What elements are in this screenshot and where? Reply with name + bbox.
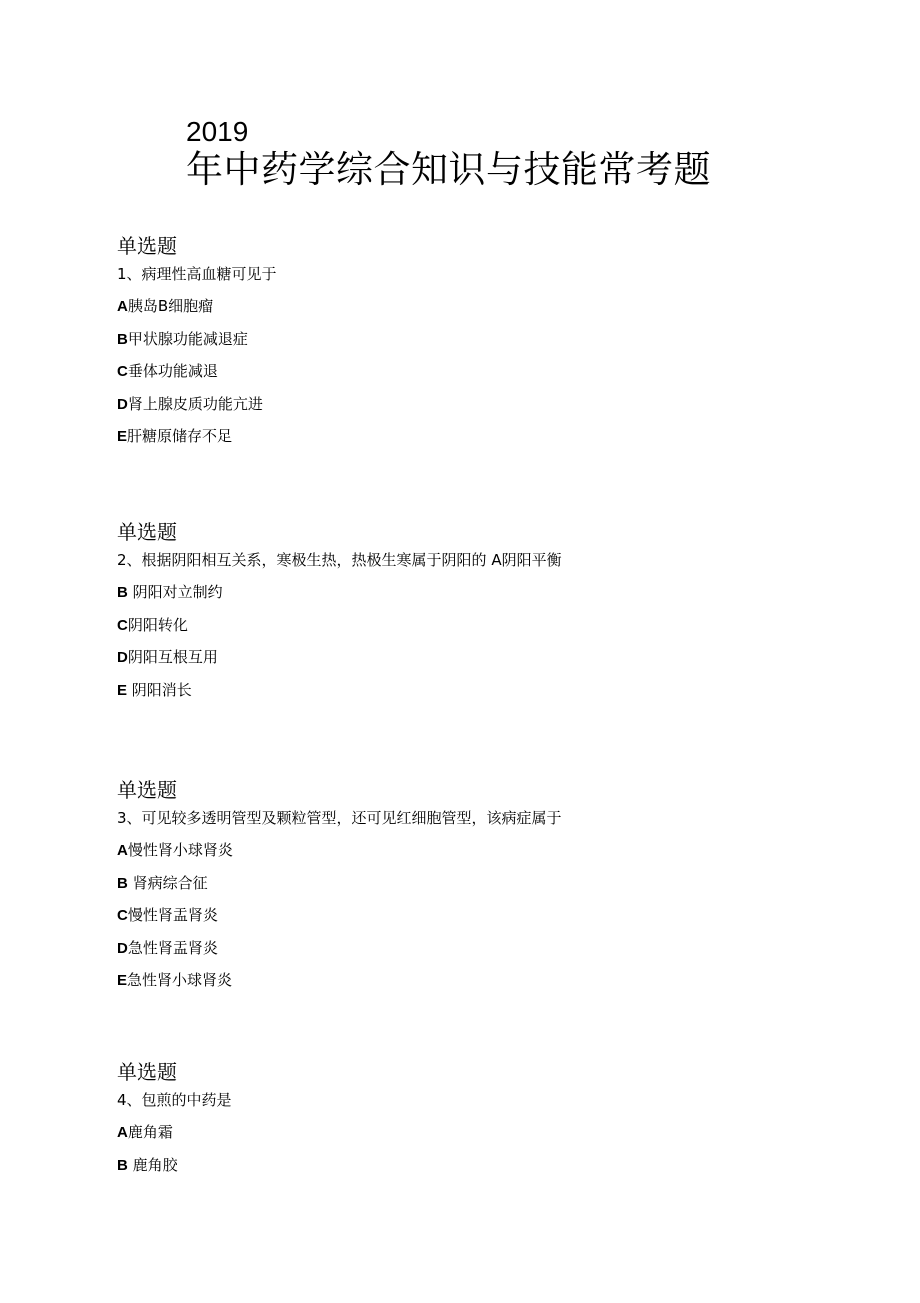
question-text: 2、根据阴阳相互关系，寒极生热，热极生寒属于阴阳的 A阴阳平衡 [117,550,837,570]
option-c: C垂体功能减退 [117,361,837,381]
option-e: E急性肾小球肾炎 [117,970,837,990]
option-text: 垂体功能减退 [128,362,218,380]
option-text: 肾病综合征 [128,874,208,892]
question-section-3: 单选题 3、可见较多透明管型及颗粒管型，还可见红细胞管型，该病症属于 A慢性肾小… [117,776,837,1003]
option-letter: E [117,428,127,445]
option-text: 急性肾盂肾炎 [128,939,218,957]
option-d: D急性肾盂肾炎 [117,938,837,958]
option-e: E肝糖原储存不足 [117,426,837,446]
option-text: 慢性肾小球肾炎 [128,841,233,859]
option-text: 鹿角霜 [128,1123,173,1141]
question-text: 4、包煎的中药是 [117,1090,837,1110]
option-c: C阴阳转化 [117,615,837,635]
option-letter: E [117,682,127,699]
question-section-1: 单选题 1、病理性高血糖可见于 A胰岛B细胞瘤 B甲状腺功能减退症 C垂体功能减… [117,232,837,459]
section-heading: 单选题 [117,232,837,260]
option-letter: C [117,363,128,380]
option-letter: C [117,617,128,634]
option-letter: C [117,907,128,924]
option-text: 肝糖原储存不足 [127,427,232,445]
option-letter: B [117,584,128,601]
option-text: 急性肾小球肾炎 [127,971,232,989]
option-letter: D [117,396,128,413]
option-text: 甲状腺功能减退症 [128,330,248,348]
option-letter: A [117,1124,128,1141]
option-text: 阴阳转化 [128,616,188,634]
option-a: A慢性肾小球肾炎 [117,840,837,860]
option-text: 肾上腺皮质功能亢进 [128,395,263,413]
question-section-2: 单选题 2、根据阴阳相互关系，寒极生热，热极生寒属于阴阳的 A阴阳平衡 B 阴阳… [117,518,837,712]
option-text: 阴阳互根互用 [128,648,218,666]
option-letter: D [117,940,128,957]
section-heading: 单选题 [117,1058,837,1086]
question-section-4: 单选题 4、包煎的中药是 A鹿角霜 B 鹿角胶 [117,1058,837,1187]
option-b: B甲状腺功能减退症 [117,329,837,349]
option-c: C慢性肾盂肾炎 [117,905,837,925]
option-text: 阴阳消长 [127,681,192,699]
option-text: 胰岛B细胞瘤 [128,297,213,315]
question-text: 1、病理性高血糖可见于 [117,264,837,284]
option-d: D阴阳互根互用 [117,647,837,667]
section-heading: 单选题 [117,776,837,804]
option-a: A胰岛B细胞瘤 [117,296,837,316]
option-e: E 阴阳消长 [117,680,837,700]
option-letter: E [117,972,127,989]
option-letter: B [117,331,128,348]
option-letter: A [117,842,128,859]
option-text: 慢性肾盂肾炎 [128,906,218,924]
option-text: 鹿角胶 [128,1156,178,1174]
option-letter: B [117,1157,128,1174]
option-letter: B [117,875,128,892]
section-heading: 单选题 [117,518,837,546]
option-letter: D [117,649,128,666]
option-b: B 阴阳对立制约 [117,582,837,602]
question-text: 3、可见较多透明管型及颗粒管型，还可见红细胞管型，该病症属于 [117,808,837,828]
option-text: 阴阳对立制约 [128,583,223,601]
page-title: 年中药学综合知识与技能常考题 [186,148,711,192]
option-b: B 肾病综合征 [117,873,837,893]
option-letter: A [117,298,128,315]
option-b: B 鹿角胶 [117,1155,837,1175]
option-a: A鹿角霜 [117,1122,837,1142]
option-d: D肾上腺皮质功能亢进 [117,394,837,414]
title-year: 2019 [186,116,248,148]
